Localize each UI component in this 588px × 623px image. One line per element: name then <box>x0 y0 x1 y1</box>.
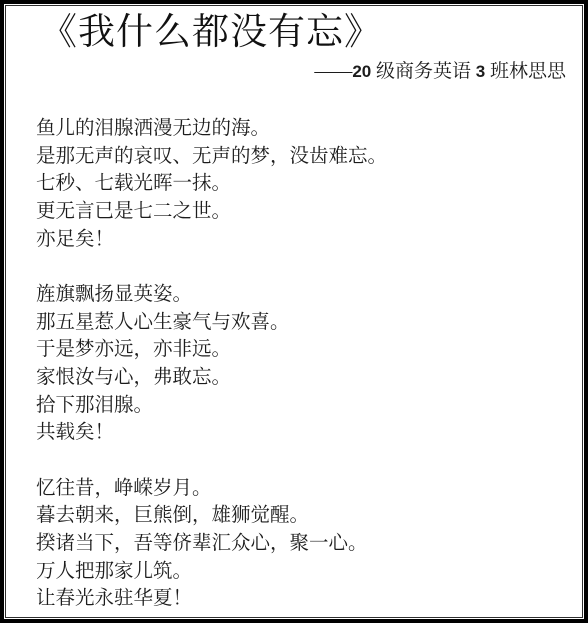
poem-line: 忆往昔，峥嵘岁月。 <box>36 475 568 503</box>
poem-line: 鱼儿的泪腺洒漫无边的海。 <box>36 115 568 143</box>
poem-stanza-3: 忆往昔，峥嵘岁月。暮去朝来，巨熊倒，雄狮觉醒。揆诸当下，吾等侪辈汇众心，聚一心。… <box>36 475 568 613</box>
poem-line: 共载矣！ <box>36 419 568 447</box>
poem-line: 于是梦亦远，亦非远。 <box>36 336 568 364</box>
poem-line: 拾下那泪腺。 <box>36 392 568 420</box>
document-page: 《我什么都没有忘》 ——20 级商务英语 3 班林思思 鱼儿的泪腺洒漫无边的海。… <box>0 0 588 623</box>
poem-line: 家恨汝与心，弗敢忘。 <box>36 364 568 392</box>
poem-line: 揆诸当下，吾等侪辈汇众心，聚一心。 <box>36 530 568 558</box>
poem-stanza-2: 旌旗飘扬显英姿。那五星惹人心生豪气与欢喜。于是梦亦远，亦非远。家恨汝与心，弗敢忘… <box>36 281 568 447</box>
attribution-text: 班林思思 <box>485 61 566 82</box>
poem-line: 让春光永驻华夏！ <box>36 585 568 613</box>
attribution-text: 级商务英语 <box>371 61 476 82</box>
poem-body: 鱼儿的泪腺洒漫无边的海。是那无声的哀叹、无声的梦，没齿难忘。七秒、七载光晖一抹。… <box>36 115 568 613</box>
poem-stanza-1: 鱼儿的泪腺洒漫无边的海。是那无声的哀叹、无声的梦，没齿难忘。七秒、七载光晖一抹。… <box>36 115 568 253</box>
poem-line: 万人把那家儿筑。 <box>36 558 568 586</box>
poem-line: 更无言已是七二之世。 <box>36 198 568 226</box>
attribution-text: —— <box>314 61 352 82</box>
poem-line: 亦足矣！ <box>36 226 568 254</box>
attribution-number: 20 <box>352 62 371 81</box>
page-inner-frame: 《我什么都没有忘》 ——20 级商务英语 3 班林思思 鱼儿的泪腺洒漫无边的海。… <box>5 5 583 618</box>
attribution-number: 3 <box>476 62 485 81</box>
poem-line: 那五星惹人心生豪气与欢喜。 <box>36 309 568 337</box>
poem-title: 《我什么都没有忘》 <box>36 8 568 56</box>
poem-line: 旌旗飘扬显英姿。 <box>36 281 568 309</box>
poem-line: 暮去朝来，巨熊倒，雄狮觉醒。 <box>36 502 568 530</box>
poem-attribution: ——20 级商务英语 3 班林思思 <box>36 59 568 85</box>
poem-line: 是那无声的哀叹、无声的梦，没齿难忘。 <box>36 143 568 171</box>
poem-line: 七秒、七载光晖一抹。 <box>36 170 568 198</box>
